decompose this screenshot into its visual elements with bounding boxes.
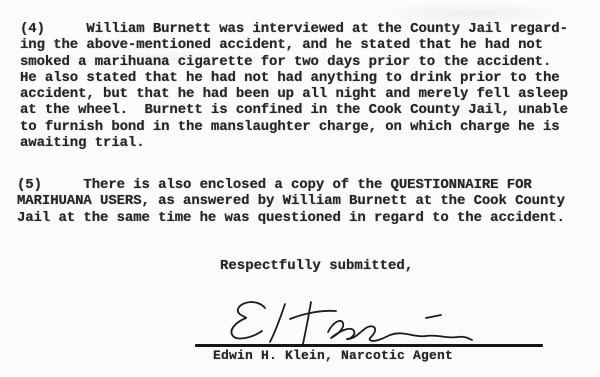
scanned-document-page: (4) William Burnett was interviewed at t… <box>0 0 600 377</box>
paragraph-5: (5) There is also enclosed a copy of the… <box>17 177 565 226</box>
signature-handwriting <box>210 292 500 352</box>
closing-line: Respectfully submitted, <box>220 258 413 275</box>
signature-line <box>195 344 543 347</box>
paragraph-4: (4) William Burnett was interviewed at t… <box>20 21 568 151</box>
signatory-name: Edwin H. Klein, Narcotic Agent <box>213 348 453 363</box>
